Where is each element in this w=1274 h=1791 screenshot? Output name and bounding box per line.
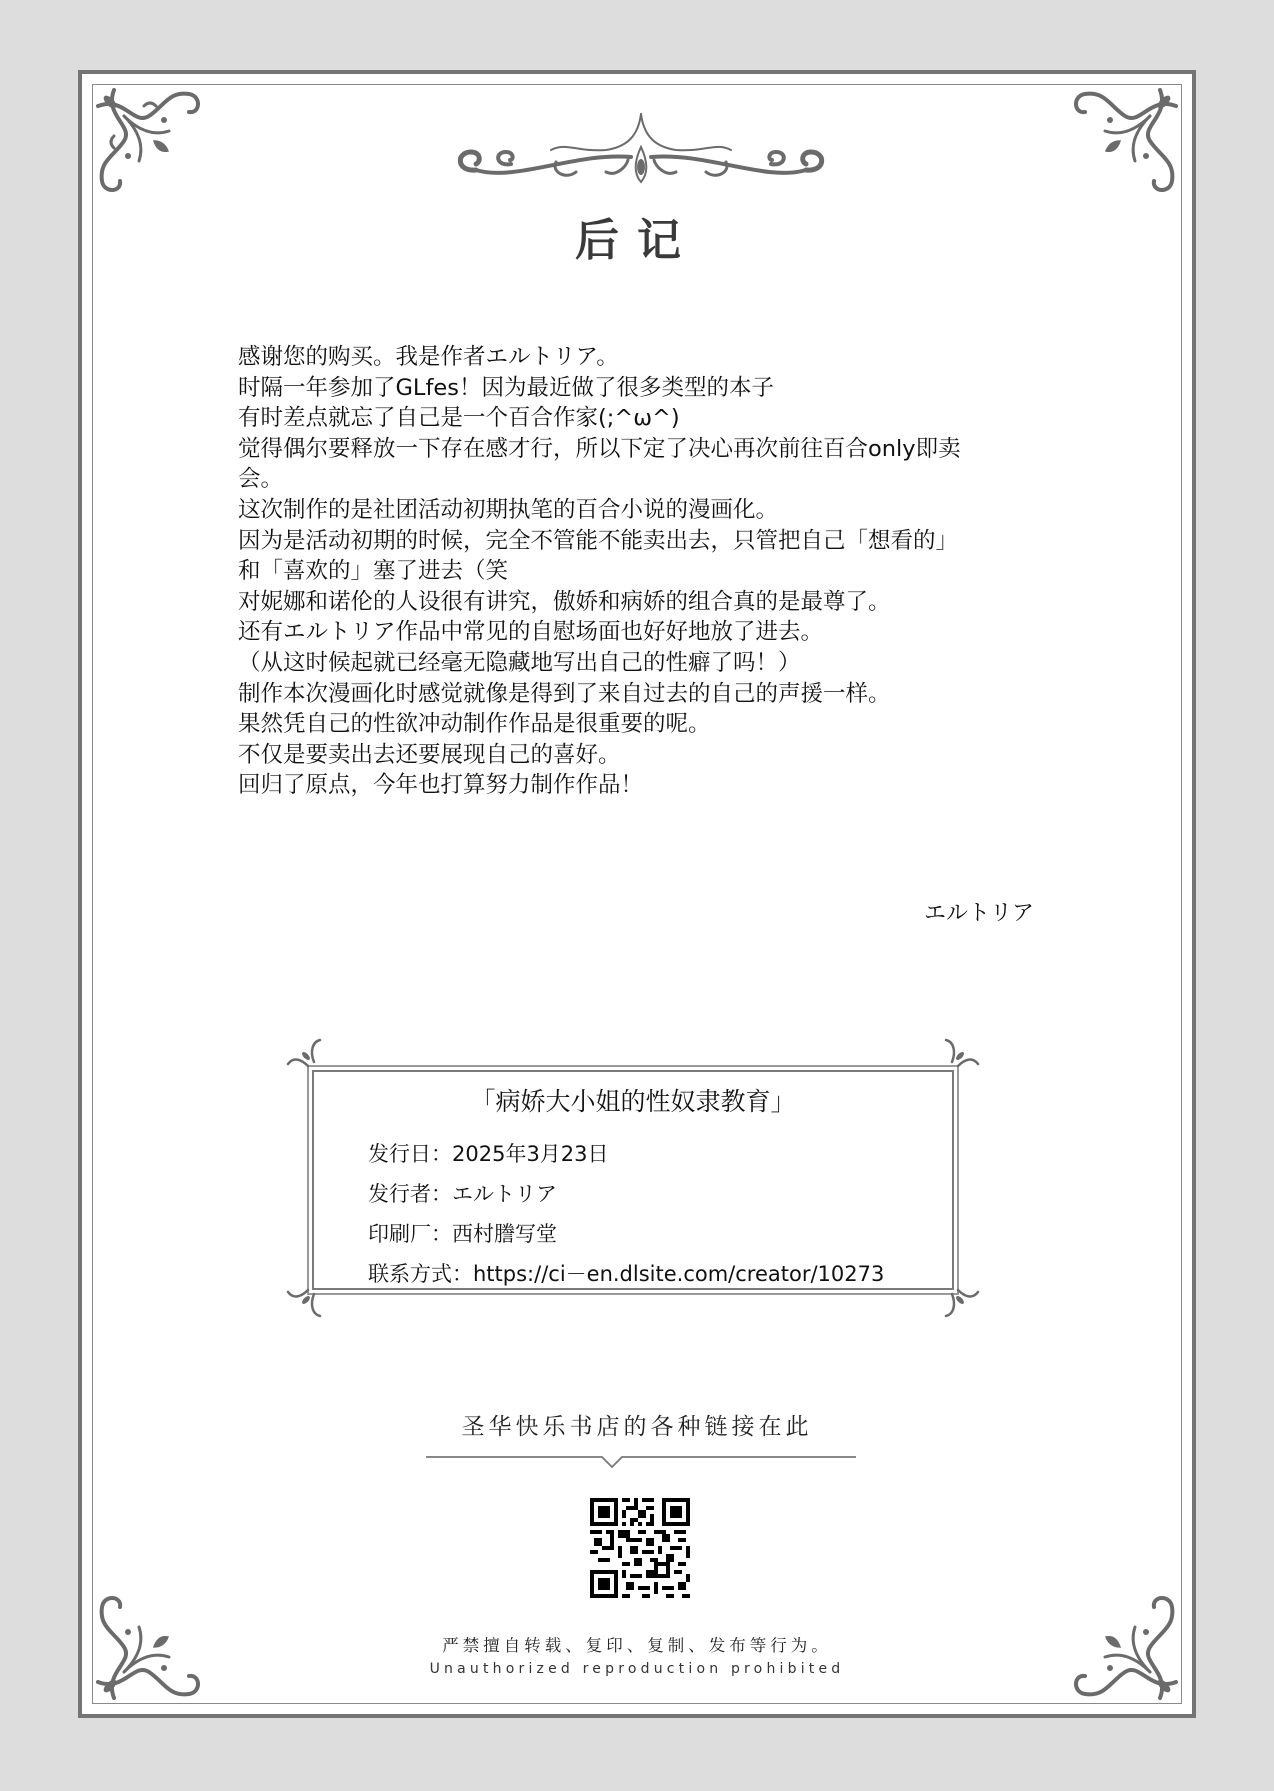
body-line: 果然凭自己的性欲冲动制作作品是很重要的呢。: [238, 709, 1108, 740]
row-value: エルトリア: [452, 1182, 557, 1206]
afterword-page: 后记 感谢您的购买。我是作者エルトリア。 时隔一年参加了GLfes！因为最近做了…: [78, 70, 1196, 1718]
author-signature: エルトリア: [924, 896, 1034, 927]
corner-flourish-icon: [1070, 86, 1180, 196]
row-label: 发行者：: [368, 1182, 452, 1206]
row-label: 联系方式：: [368, 1262, 473, 1286]
body-line: 这次制作的是社团活动初期执笔的百合小说的漫画化。: [238, 495, 1108, 526]
speech-pointer-divider: [426, 1455, 856, 1469]
body-line: 对妮娜和诺伦的人设很有讲究，傲娇和病娇的组合真的是最尊了。: [238, 587, 1108, 618]
page-title: 后记: [82, 204, 1192, 268]
row-label: 发行日：: [368, 1142, 452, 1166]
frame-flourish-icon: [940, 1280, 980, 1320]
body-line: 还有エルトリア作品中常见的自慰场面也好好地放了进去。: [238, 617, 1108, 648]
afterword-body: 感谢您的购买。我是作者エルトリア。 时隔一年参加了GLfes！因为最近做了很多类…: [238, 342, 1108, 801]
body-line: 有时差点就忘了自己是一个百合作家(;^ω^): [238, 403, 1108, 434]
body-line: 会。: [238, 464, 1108, 495]
body-line: 感谢您的购买。我是作者エルトリア。: [238, 342, 1108, 373]
body-line: 回归了原点，今年也打算努力制作作品！: [238, 770, 1108, 801]
body-line: 和「喜欢的」塞了进去（笑: [238, 556, 1108, 587]
contact-row: 联系方式：https://ci－en.dlsite.com/creator/10…: [368, 1254, 884, 1294]
body-line: 制作本次漫画化时感觉就像是得到了来自过去的自己的声援一样。: [238, 679, 1108, 710]
body-line: 不仅是要卖出去还要展现自己的喜好。: [238, 740, 1108, 771]
qr-code[interactable]: [590, 1498, 690, 1598]
title-flourish-icon: [456, 112, 826, 192]
frame-flourish-icon: [286, 1036, 326, 1076]
body-line: 因为是活动初期的时候，完全不管能不能卖出去，只管把自己「想看的」: [238, 526, 1108, 557]
frame-flourish-icon: [940, 1036, 980, 1076]
publisher-row: 发行者：エルトリア: [368, 1174, 884, 1214]
links-heading: 圣华快乐书店的各种链接在此: [82, 1408, 1192, 1441]
row-label: 印刷厂：: [368, 1222, 452, 1246]
colophon-details: 发行日：2025年3月23日 发行者：エルトリア 印刷厂：西村謄写堂 联系方式：…: [368, 1134, 884, 1294]
colophon-box: 「病娇大小姐的性奴隶教育」 发行日：2025年3月23日 发行者：エルトリア 印…: [282, 1036, 984, 1320]
row-value: 西村謄写堂: [452, 1222, 557, 1246]
release-date-row: 发行日：2025年3月23日: [368, 1134, 884, 1174]
contact-link[interactable]: https://ci－en.dlsite.com/creator/10273: [473, 1262, 884, 1286]
body-line: （从这时候起就已经毫无隐藏地写出自己的性癖了吗！）: [238, 648, 1108, 679]
copyright-notice-en: Unauthorized reproduction prohibited: [82, 1661, 1192, 1677]
row-value: 2025年3月23日: [452, 1142, 609, 1166]
copyright-notice-cn: 严禁擅自转载、复印、复制、发布等行为。: [82, 1632, 1192, 1656]
printer-row: 印刷厂：西村謄写堂: [368, 1214, 884, 1254]
body-line: 时隔一年参加了GLfes！因为最近做了很多类型的本子: [238, 373, 1108, 404]
frame-flourish-icon: [286, 1280, 326, 1320]
corner-flourish-icon: [94, 86, 204, 196]
book-title: 「病娇大小姐的性奴隶教育」: [282, 1082, 984, 1118]
body-line: 觉得偶尔要释放一下存在感才行，所以下定了决心再次前往百合only即卖: [238, 434, 1108, 465]
